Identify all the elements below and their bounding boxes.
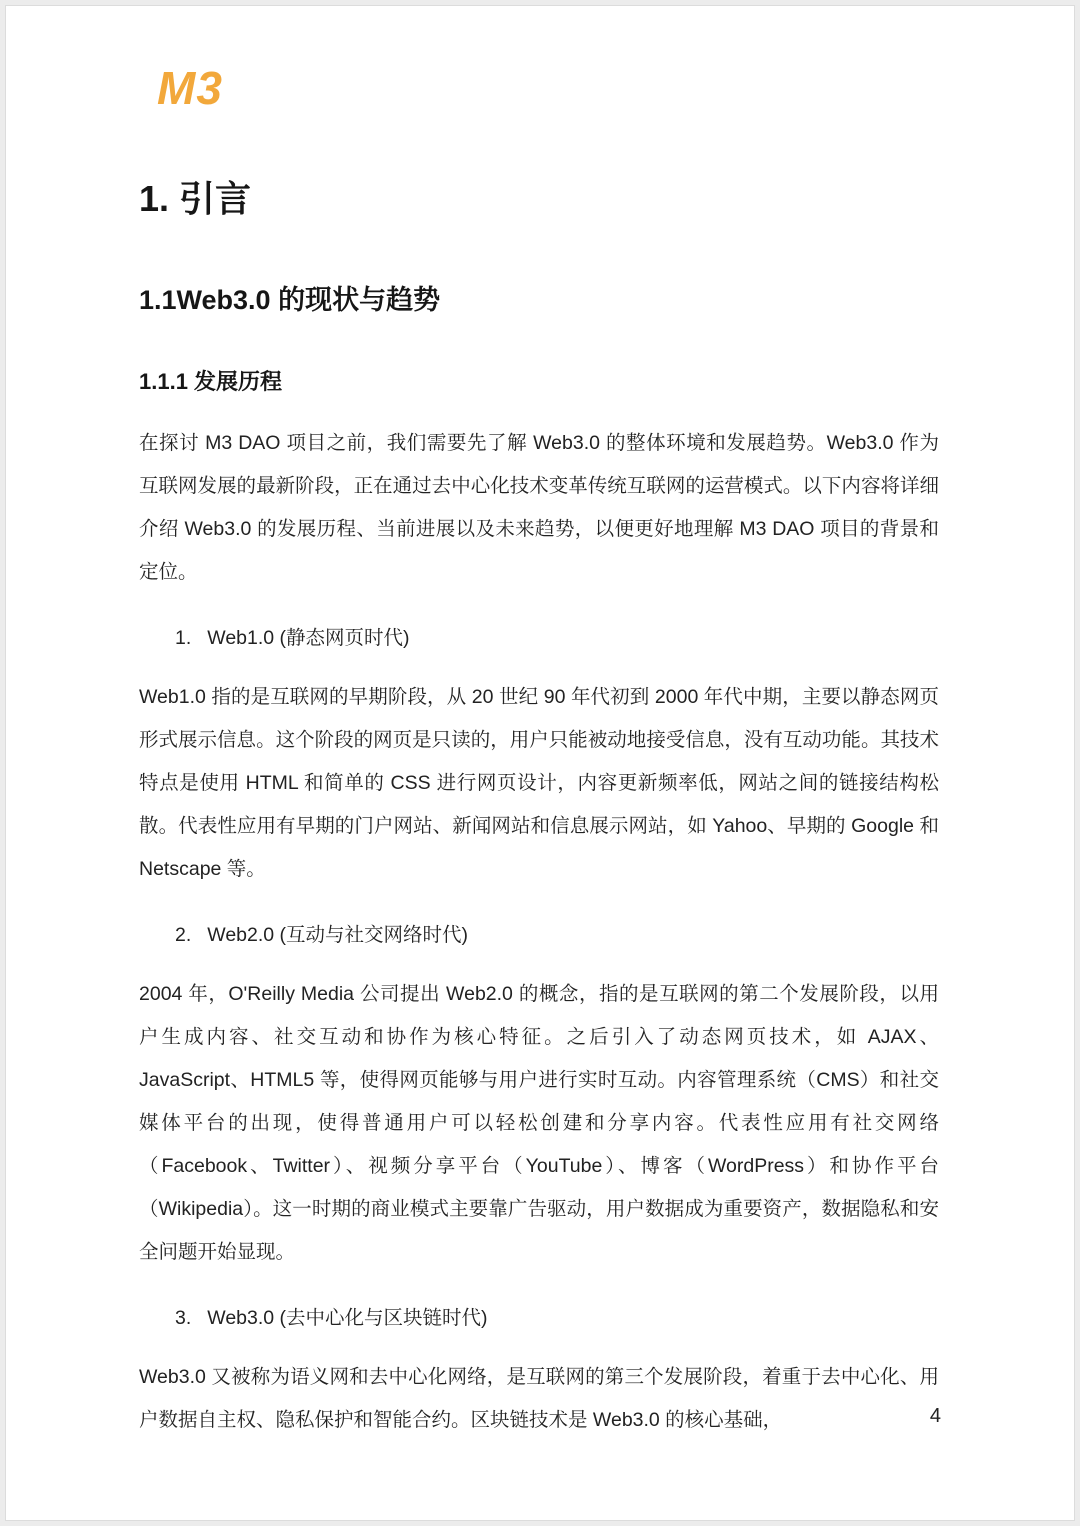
list-item-label: Web3.0 (去中心化与区块链时代) [207,1307,487,1329]
paragraph-web2: 2004 年，O'Reilly Media 公司提出 Web2.0 的概念，指的… [139,973,939,1274]
list-item-web3: 3.Web3.0 (去中心化与区块链时代) [175,1302,939,1330]
list-item-number: 2. [175,924,191,947]
list-item-web2: 2.Web2.0 (互动与社交网络时代) [175,919,939,947]
paragraph-web1: Web1.0 指的是互联网的早期阶段，从 20 世纪 90 年代初到 2000 … [139,676,939,891]
document-page: M3 1. 引言 1.1Web3.0 的现状与趋势 1.1.1 发展历程 在探讨… [5,5,1075,1521]
paragraph-intro: 在探讨 M3 DAO 项目之前，我们需要先了解 Web3.0 的整体环境和发展趋… [139,422,939,594]
list-item-number: 1. [175,627,191,650]
page-number: 4 [930,1405,941,1428]
section-heading: 1. 引言 [139,171,939,222]
list-item-label: Web2.0 (互动与社交网络时代) [207,924,468,946]
paragraph-web3: Web3.0 又被称为语义网和去中心化网络，是互联网的第三个发展阶段，着重于去中… [139,1356,939,1442]
subsubsection-heading: 1.1.1 发展历程 [139,365,939,396]
list-item-label: Web1.0 (静态网页时代) [207,627,409,649]
list-item-web1: 1.Web1.0 (静态网页时代) [175,622,939,650]
subsection-heading: 1.1Web3.0 的现状与趋势 [139,278,939,317]
list-item-number: 3. [175,1307,191,1330]
m3-logo: M3 [157,61,223,115]
